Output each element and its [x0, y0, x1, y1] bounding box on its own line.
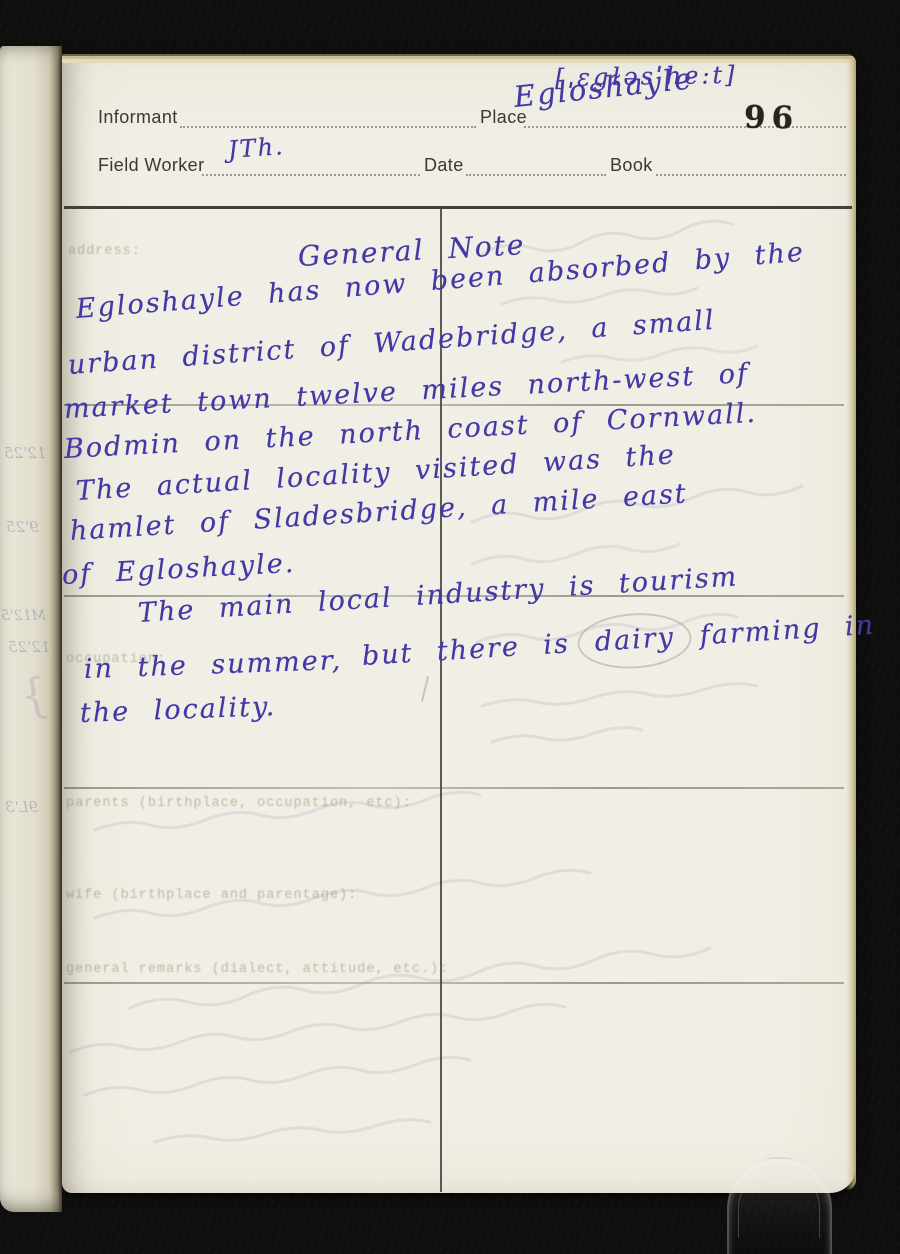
- margin-jotting: M12'5: [1, 608, 46, 624]
- bleed-through-typed: wife (birthplace and parentage):: [66, 888, 357, 903]
- horizontal-rule: [64, 787, 844, 789]
- note-line-segment: but there is: [361, 628, 571, 672]
- photo-background: 12'25 9'25 M12'5 12'25 9L'3 } address: o…: [0, 0, 900, 1254]
- book-label: Book: [610, 155, 653, 176]
- bleed-through-typed: general remarks (dialect, attitude, etc.…: [66, 962, 448, 977]
- informant-label: Informant: [98, 107, 178, 128]
- margin-jotting: 12'25: [4, 444, 46, 462]
- book-line: [656, 174, 846, 176]
- glass-weight-rim: [738, 1167, 820, 1238]
- horizontal-rule: [64, 982, 844, 984]
- margin-jotting: 12'25: [8, 638, 50, 656]
- note-line: of Egloshayle.: [61, 548, 296, 591]
- notebook-page: address: occupation: parents (birthplace…: [62, 54, 856, 1193]
- glass-weight: [727, 1157, 832, 1254]
- field-worker-value: JTh.: [227, 132, 286, 164]
- margin-jotting: 9L'3: [5, 798, 38, 816]
- date-line: [466, 174, 606, 176]
- informant-line: [180, 126, 476, 128]
- header-rule: [64, 206, 852, 209]
- page-number-stamp: 96: [744, 100, 800, 137]
- field-worker-line: [202, 174, 420, 176]
- note-line: but there isdairyfarming in: [360, 599, 876, 685]
- previous-page-edge: 12'25 9'25 M12'5 12'25 9L'3 }: [0, 46, 62, 1212]
- circled-word-dairy: dairy: [576, 610, 693, 672]
- margin-jotting: 9'25: [6, 518, 39, 536]
- bleed-through-typed: parents (birthplace, occupation, etc):: [66, 796, 412, 811]
- bleed-through-typed: address:: [68, 244, 141, 259]
- field-worker-label: Field Worker: [98, 155, 205, 176]
- note-line-segment: farming in: [699, 610, 876, 652]
- margin-jotting-bracket: }: [20, 668, 49, 722]
- date-label: Date: [424, 155, 464, 176]
- center-vertical-rule: [440, 209, 442, 1192]
- note-line: the locality.: [79, 691, 276, 729]
- note-line: in the summer,: [83, 645, 342, 685]
